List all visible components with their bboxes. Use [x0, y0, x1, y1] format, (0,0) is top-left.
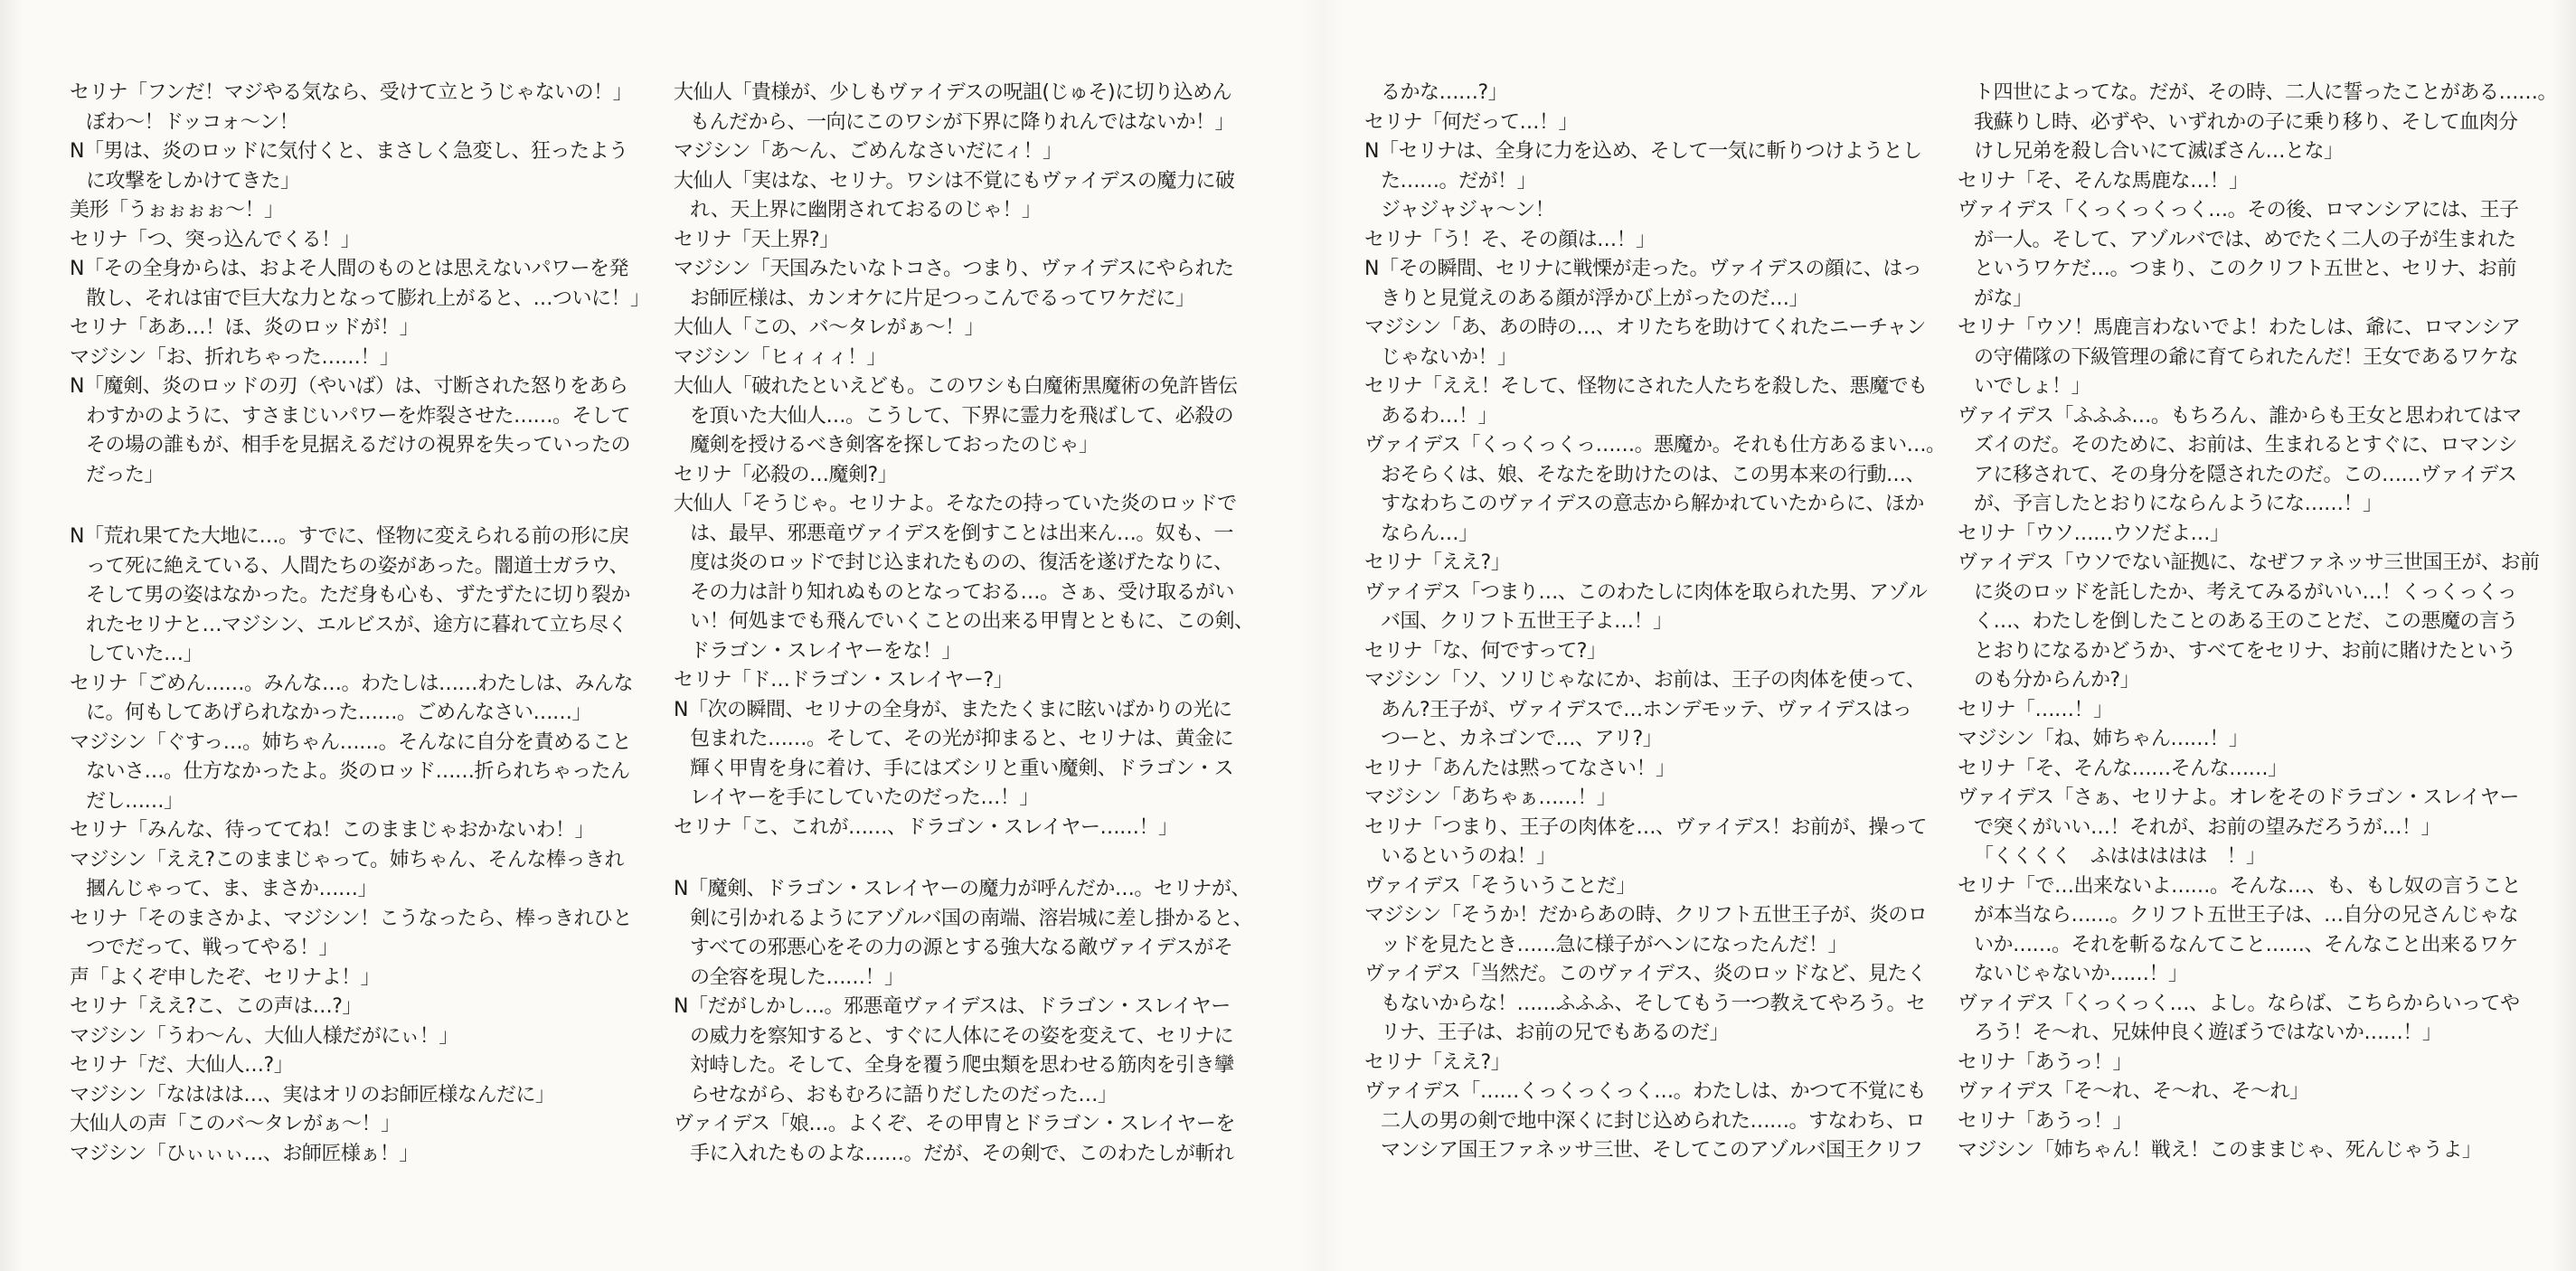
text-line: おそらくは、娘、そなたを助けたのは、この男本来の行動…、 [1364, 461, 1946, 491]
text-line: セリナ「つ、突っ込んでくる！」 [70, 226, 650, 256]
scan-edge-shadow-left [0, 0, 24, 1271]
text-line: マジシン「なははは…、実はオリのお師匠様なんだに」 [70, 1081, 650, 1111]
text-line: ないじゃないか……！」 [1958, 960, 2557, 990]
text-line: 輝く甲冑を身に着け、手にはズシリと重い魔剣、ドラゴン・ス [674, 755, 1254, 785]
text-line: アに移されて、その身分を隠されたのだ。この……ヴァイデス [1958, 461, 2557, 491]
text-line: い！何処までも飛んでいくことの出来る甲冑とともに、この剣、 [674, 607, 1254, 637]
booklet-scan-page: セリナ「フンだ！マジやる気なら、受けて立とうじゃないの！」ぼわ～！ドッコォ～ン！… [0, 0, 2576, 1271]
text-line: もんだから、一向にこのワシが下界に降りれんではないか！」 [674, 108, 1254, 138]
page-gutter [1300, 0, 1344, 1271]
text-line: セリナ「つまり、王子の肉体を…、ヴァイデス！お前が、操って [1364, 814, 1946, 843]
text-line: に。何もしてあげられなかった……。ごめんなさい……」 [70, 699, 650, 729]
script-column-1: セリナ「フンだ！マジやる気なら、受けて立とうじゃないの！」ぼわ～！ドッコォ～ン！… [70, 79, 650, 1169]
text-line: 摑んじゃって、ま、まさか……」 [70, 875, 650, 905]
text-line: すべての邪悪心をその力の源とする強大なる敵ヴァイデスがそ [674, 934, 1254, 964]
text-line: セリナ「で…出来ないよ……。そんな…、も、もし奴の言うこと [1958, 872, 2557, 902]
text-line: セリナ「ええ！そして、怪物にされた人たちを殺した、悪魔でも [1364, 372, 1946, 402]
text-line: いか……。それを斬るなんてこと……、そんなこと出来るワケ [1958, 931, 2557, 961]
text-line: マジシン「姉ちゃん！戦え！このままじゃ、死んじゃうよ」 [1958, 1136, 2557, 1166]
text-line: ヴァイデス「さぁ、セリナよ。オレをそのドラゴン・スレイヤー [1958, 784, 2557, 814]
text-line: マジシン「あちゃぁ……！」 [1364, 784, 1946, 814]
text-line: ぼわ～！ドッコォ～ン！ [70, 108, 650, 138]
text-line: だし……」 [70, 787, 650, 817]
text-line: 声「よくぞ申したぞ、セリナよ！」 [70, 964, 650, 993]
script-column-2: 大仙人「貴様が、少しもヴァイデスの呪詛(じゅそ)に切り込めんもんだから、一向にこ… [674, 79, 1254, 1169]
text-line: リナ、王子は、お前の兄でもあるのだ」 [1364, 1019, 1946, 1049]
text-line: マジシン「お、折れちゃった……！」 [70, 344, 650, 373]
text-line: マジシン「ヒィィィ！」 [674, 344, 1254, 373]
text-line: ト四世によってな。だが、その時、二人に誓ったことがある……。 [1958, 79, 2557, 108]
text-line: マジシン「あ、あの時の…、オリたちを助けてくれたニーチャン [1364, 314, 1946, 344]
text-line: セリナ「そ、そんな……そんな……」 [1958, 755, 2557, 785]
text-line: N「その瞬間、セリナに戦慄が走った。ヴァイデスの顔に、はっ [1364, 255, 1946, 285]
text-line: マジシン「天国みたいなトコさ。つまり、ヴァイデスにやられた [674, 255, 1254, 285]
text-line: N「次の瞬間、セリナの全身が、またたくまに眩いばかりの光に [674, 696, 1254, 726]
text-line: お師匠様は、カンオケに片足つっこんでるってワケだに」 [674, 285, 1254, 315]
text-line: ヴァイデス「ウソでない証拠に、なぜファネッサ三世国王が、お前 [1958, 549, 2557, 579]
text-line: ヴァイデス「つまり…、このわたしに肉体を取られた男、アゾル [1364, 579, 1946, 608]
text-line: 散し、それは宙で巨大な力となって膨れ上がると、…ついに！」 [70, 285, 650, 315]
text-line: ヴァイデス「当然だ。このヴァイデス、炎のロッドなど、見たく [1364, 960, 1946, 990]
text-line: じゃないか！」 [1364, 344, 1946, 373]
text-line: ヴァイデス「ふふふ…。もちろん、誰からも王女と思われてはマ [1958, 402, 2557, 432]
text-line: の威力を察知すると、すぐに人体にその姿を変えて、セリナに [674, 1022, 1254, 1052]
text-line: セリナ「あうっ！」 [1958, 1049, 2557, 1078]
text-line: ろう！そ～れ、兄妹仲良く遊ぼうではないか……！」 [1958, 1019, 2557, 1049]
text-line: が、予言したとおりにならんようにな……！」 [1958, 490, 2557, 520]
text-line: セリナ「ええ?こ、この声は…?」 [70, 993, 650, 1022]
text-line: 大仙人「破れたといえども。このワシも白魔術黒魔術の免許皆伝 [674, 372, 1254, 402]
text-line: ヴァイデス「そういうことだ」 [1364, 872, 1946, 902]
text-line: ジャジャジャ～ン！ [1364, 196, 1946, 226]
text-line: ヴァイデス「くっくっく…、よし。ならば、こちらからいってや [1958, 990, 2557, 1020]
text-line: は、最早、邪悪竜ヴァイデスを倒すことは出来ん…。奴も、一 [674, 520, 1254, 550]
text-line: マジシン「あ～ん、ごめんなさいだにィ！」 [674, 137, 1254, 167]
text-line: していた…」 [70, 640, 650, 670]
text-line: 魔剣を授けるべき剣客を探しておったのじゃ」 [674, 431, 1254, 461]
text-line: セリナ「……！」 [1958, 696, 2557, 726]
text-line: わすかのように、すさまじいパワーを炸裂させた……。そして [70, 402, 650, 432]
script-column-3: るかな……?」セリナ「何だって…！」N「セリナは、全身に力を込め、そして一気に斬… [1364, 79, 1946, 1166]
text-line: セリナ「ええ?」 [1364, 1049, 1946, 1078]
text-line: ドラゴン・スレイヤーをな！」 [674, 637, 1254, 667]
text-line: 対峙した。そして、全身を覆う爬虫類を思わせる筋肉を引き攣 [674, 1051, 1254, 1081]
text-line: 手に入れたものよな……。だが、その剣で、このわたしが斬れ [674, 1140, 1254, 1170]
text-line: つーと、カネゴンで…、アリ?」 [1364, 725, 1946, 755]
text-line: セリナ「そ、そんな馬鹿な…！」 [1958, 167, 2557, 197]
text-line: N「セリナは、全身に力を込め、そして一気に斬りつけようとし [1364, 137, 1946, 167]
text-line: 大仙人「そうじゃ。セリナよ。そなたの持っていた炎のロッドで [674, 490, 1254, 520]
text-line: 大仙人「この、バ～タレがぁ～！」 [674, 314, 1254, 344]
text-line: 度は炎のロッドで封じ込まれたものの、復活を遂げたなりに、 [674, 549, 1254, 579]
text-line: って死に絶えている、人間たちの姿があった。闇道士ガラウ、 [70, 552, 650, 582]
text-line: その力は計り知れぬものとなっておる…。さぁ、受け取るがい [674, 579, 1254, 608]
text-line: ズイのだ。そのために、お前は、生まれるとすぐに、ロマンシ [1958, 431, 2557, 461]
line-gap [674, 843, 1254, 875]
text-line: というワケだ…。つまり、このクリフト五世と、セリナ、お前 [1958, 255, 2557, 285]
text-line: セリナ「必殺の…魔剣?」 [674, 461, 1254, 491]
text-line: だった」 [70, 461, 650, 491]
text-line: セリナ「そのまさかよ、マジシン！こうなったら、棒っきれひと [70, 905, 650, 935]
text-line: ッドを見たとき……急に様子がヘンになったんだ！」 [1364, 931, 1946, 961]
text-line: ヴァイデス「くっくっくっく…。その後、ロマンシアには、王子 [1958, 196, 2557, 226]
text-line: あん?王子が、ヴァイデスで…ホンデモッテ、ヴァイデスはっ [1364, 696, 1946, 726]
text-line: セリナ「こ、これが……、ドラゴン・スレイヤー……！」 [674, 814, 1254, 843]
text-line: N「荒れ果てた大地に…。すでに、怪物に変えられる前の形に戻 [70, 523, 650, 552]
text-line: マジシン「ひぃぃぃ…、お師匠様ぁ！」 [70, 1140, 650, 1170]
text-line: に炎のロッドを託したか、考えてみるがいい…！くっくっくっ [1958, 579, 2557, 608]
text-line: セリナ「ド…ドラゴン・スレイヤー?」 [674, 666, 1254, 696]
script-column-4: ト四世によってな。だが、その時、二人に誓ったことがある……。我蘇りし時、必ずや、… [1958, 79, 2557, 1166]
text-line: N「その全身からは、およそ人間のものとは思えないパワーを発 [70, 255, 650, 285]
text-line: セリナ「あうっ！」 [1958, 1107, 2557, 1137]
text-line: レイヤーを手にしていたのだった…！」 [674, 784, 1254, 814]
text-line: マジシン「ね、姉ちゃん……！」 [1958, 725, 2557, 755]
text-line: すなわちこのヴァイデスの意志から解かれていたからに、ほか [1364, 490, 1946, 520]
text-line: セリナ「ウソ！馬鹿言わないでよ！わたしは、爺に、ロマンシア [1958, 314, 2557, 344]
text-line: ならん…」 [1364, 520, 1946, 550]
text-line: セリナ「ウソ……ウソだよ…」 [1958, 520, 2557, 550]
text-line: 美形「うぉぉぉぉ～！」 [70, 196, 650, 226]
text-line: つでだって、戦ってやる！」 [70, 934, 650, 964]
text-line: セリナ「だ、大仙人…?」 [70, 1051, 650, 1081]
text-line: いでしょ！」 [1958, 372, 2557, 402]
text-line: セリナ「天上界?」 [674, 226, 1254, 256]
text-line: が本当なら……。クリフト五世王子は、…自分の兄さんじゃな [1958, 901, 2557, 931]
text-line: のも分からんか?」 [1958, 666, 2557, 696]
text-line: セリナ「あんたは黙ってなさい！」 [1364, 755, 1946, 785]
text-line: 二人の男の剣で地中深くに封じ込められた……。すなわち、ロ [1364, 1107, 1946, 1137]
text-line: セリナ「ああ…！ほ、炎のロッドが！」 [70, 314, 650, 344]
text-line: マジシン「そうか！だからあの時、クリフト五世王子が、炎のロ [1364, 901, 1946, 931]
text-line: 「くくくく ふははははは ！」 [1958, 843, 2557, 872]
text-line: セリナ「ごめん……。みんな…。わたしは……わたしは、みんな [70, 670, 650, 700]
text-line: の守備隊の下級管理の爺に育てられたんだ！王女であるワケな [1958, 344, 2557, 373]
text-line: N「だがしかし…。邪悪竜ヴァイデスは、ドラゴン・スレイヤー [674, 993, 1254, 1022]
text-line: ヴァイデス「娘…。よくぞ、その甲冑とドラゴン・スレイヤーを [674, 1110, 1254, 1140]
text-line: ヴァイデス「くっくっくっ……。悪魔か。それも仕方あるまい…。 [1364, 431, 1946, 461]
text-line: の全容を現した……！」 [674, 964, 1254, 993]
text-line: 剣に引かれるようにアゾルバ国の南端、溶岩城に差し掛かると、 [674, 905, 1254, 935]
text-line: セリナ「な、何ですって?」 [1364, 637, 1946, 667]
text-line: が一人。そして、アゾルバでは、めでたく二人の子が生まれた [1958, 226, 2557, 256]
text-line: セリナ「何だって…！」 [1364, 108, 1946, 138]
text-line: がな」 [1958, 285, 2557, 315]
text-line: セリナ「みんな、待っててね！このままじゃおかないわ！」 [70, 816, 650, 846]
text-line: マジシン「うわ～ん、大仙人様だがにぃ！」 [70, 1022, 650, 1052]
text-line: きりと見覚えのある顔が浮かび上がったのだ…」 [1364, 285, 1946, 315]
text-line: そして男の姿はなかった。ただ身も心も、ずたずたに切り裂か [70, 581, 650, 611]
text-line: N「魔剣、炎のロッドの刃（やいば）は、寸断された怒りをあら [70, 372, 650, 402]
text-line: いるというのね！」 [1364, 843, 1946, 872]
text-line: けし兄弟を殺し合いにて滅ぼさん…とな」 [1958, 137, 2557, 167]
text-line: もないからな！……ふふふ、そしてもう一つ教えてやろう。セ [1364, 990, 1946, 1020]
text-line: バ国、クリフト五世王子よ…！」 [1364, 607, 1946, 637]
text-line: マンシア国王ファネッサ三世、そしてこのアゾルバ国王クリフ [1364, 1136, 1946, 1166]
text-line: ヴァイデス「……くっくっくっく…。わたしは、かつて不覚にも [1364, 1078, 1946, 1107]
text-line: れたセリナと…マジシン、エルビスが、途方に暮れて立ち尽く [70, 611, 650, 641]
text-line: を頂いた大仙人…。こうして、下界に霊力を飛ばして、必殺の [674, 402, 1254, 432]
text-line: く…、わたしを倒したことのある王のことだ、この悪魔の言う [1958, 607, 2557, 637]
text-line: マジシン「ソ、ソリじゃなにか、お前は、王子の肉体を使って、 [1364, 666, 1946, 696]
text-line: N「魔剣、ドラゴン・スレイヤーの魔力が呼んだか…。セリナが、 [674, 875, 1254, 905]
text-line: あるわ…！」 [1364, 402, 1946, 432]
text-line: セリナ「う！そ、その顔は…！」 [1364, 226, 1946, 256]
text-line: セリナ「ええ?」 [1364, 549, 1946, 579]
text-line: た……。だが！」 [1364, 167, 1946, 197]
text-line: とおりになるかどうか、すべてをセリナ、お前に賭けたという [1958, 637, 2557, 667]
text-line: 大仙人「貴様が、少しもヴァイデスの呪詛(じゅそ)に切り込めん [674, 79, 1254, 108]
text-line: マジシン「ええ?このままじゃって。姉ちゃん、そんな棒っきれ [70, 846, 650, 876]
text-line: るかな……?」 [1364, 79, 1946, 108]
text-line: セリナ「フンだ！マジやる気なら、受けて立とうじゃないの！」 [70, 79, 650, 108]
text-line: れ、天上界に幽閉されておるのじゃ！」 [674, 196, 1254, 226]
text-line: 包まれた……。そして、その光が抑まると、セリナは、黄金に [674, 725, 1254, 755]
text-line: N「男は、炎のロッドに気付くと、まさしく急変し、狂ったよう [70, 137, 650, 167]
text-line: 我蘇りし時、必ずや、いずれかの子に乗り移り、そして血肉分 [1958, 108, 2557, 138]
text-line: に攻撃をしかけてきた」 [70, 167, 650, 197]
text-line: その場の誰もが、相手を見据えるだけの視界を失っていったの [70, 431, 650, 461]
text-line: らせながら、おもむろに語りだしたのだった…」 [674, 1081, 1254, 1111]
text-line: ないさ…。仕方なかったよ。炎のロッド……折られちゃったん [70, 758, 650, 787]
line-gap [70, 490, 650, 523]
text-line: ヴァイデス「そ～れ、そ～れ、そ～れ」 [1958, 1078, 2557, 1107]
text-line: で突くがいい…！それが、お前の望みだろうが…！」 [1958, 814, 2557, 843]
text-line: 大仙人の声「このバ～タレがぁ～！」 [70, 1110, 650, 1140]
text-line: マジシン「ぐすっ…。姉ちゃん……。そんなに自分を責めること [70, 729, 650, 758]
text-line: 大仙人「実はな、セリナ。ワシは不覚にもヴァイデスの魔力に破 [674, 167, 1254, 197]
